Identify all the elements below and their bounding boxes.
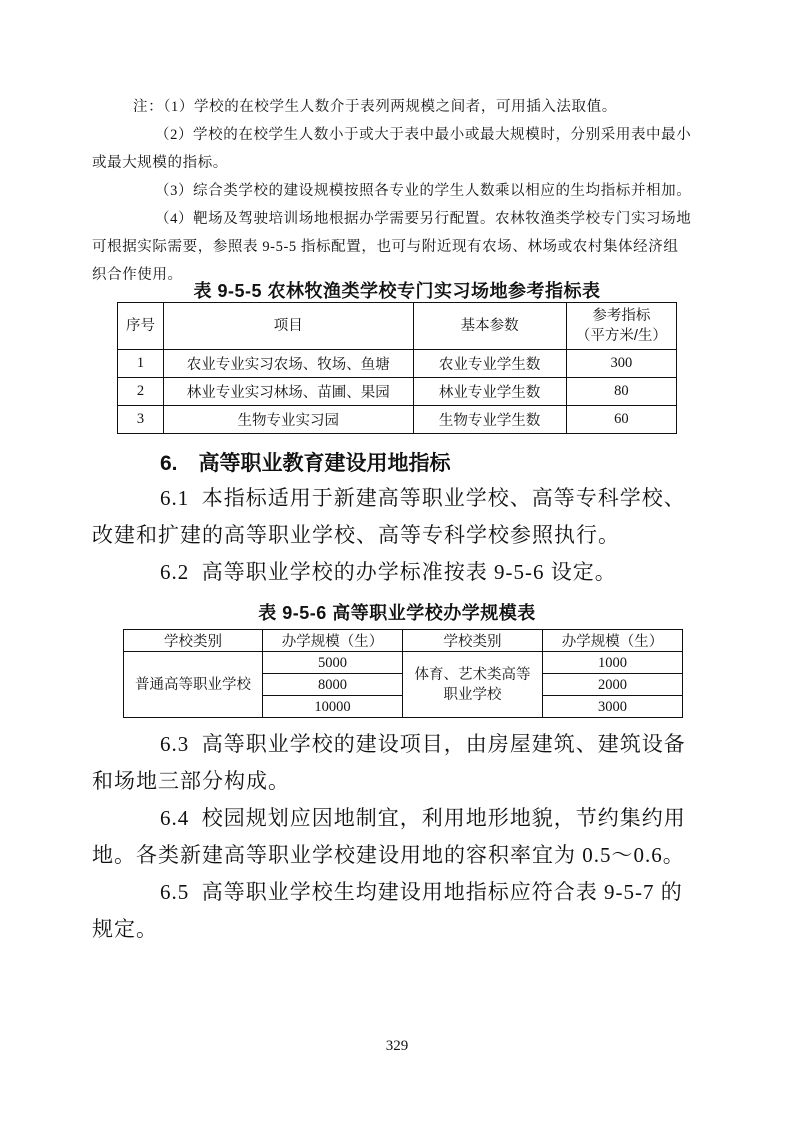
table-955-title: 表 9-5-5 农林牧渔类学校专门实习场地参考指标表: [92, 280, 702, 302]
table-955-header-row: 序号 项目 基本参数 参考指标 （平方米/生）: [118, 303, 677, 350]
header-item: 项目: [164, 303, 413, 350]
cell-value: 80: [566, 378, 676, 406]
note-line: 或最大规模的指标。: [92, 149, 704, 177]
cell-school-type: 体育、艺术类高等 职业学校: [403, 652, 543, 718]
header-basic-param: 基本参数: [413, 303, 566, 350]
table-row: 普通高等职业学校 5000 体育、艺术类高等 职业学校 1000: [124, 652, 683, 674]
header-school-type: 学校类别: [403, 630, 543, 652]
header-scale: 办学规模（生）: [543, 630, 683, 652]
cell-scale-value: 10000: [263, 696, 403, 718]
cell-school-type-line2: 职业学校: [403, 685, 542, 705]
paragraph-line: 规定。: [92, 911, 708, 948]
page-number: 329: [0, 1036, 794, 1056]
header-school-type: 学校类别: [124, 630, 263, 652]
header-ref-indicator-line1: 参考指标: [567, 306, 676, 326]
paragraph-line: 改建和扩建的高等职业学校、高等专科学校参照执行。: [92, 517, 708, 554]
header-scale: 办学规模（生）: [263, 630, 403, 652]
paragraph-line: 6.3 高等职业学校的建设项目，由房屋建筑、建筑设备: [92, 726, 708, 763]
cell-scale-value: 5000: [263, 652, 403, 674]
paragraph-line: 6.1 本指标适用于新建高等职业学校、高等专科学校、: [92, 480, 708, 517]
paragraph-line: 6.2 高等职业学校的办学标准按表 9-5-6 设定。: [92, 554, 708, 591]
cell-scale-value: 3000: [543, 696, 683, 718]
table-956: 学校类别 办学规模（生） 学校类别 办学规模（生） 普通高等职业学校 5000 …: [123, 629, 683, 718]
table-row: 3 生物专业实习园 生物专业学生数 60: [118, 406, 677, 434]
cell-seq: 1: [118, 350, 164, 378]
table-row: 1 农业专业实习农场、牧场、鱼塘 农业专业学生数 300: [118, 350, 677, 378]
cell-param: 林业专业学生数: [413, 378, 566, 406]
header-ref-indicator: 参考指标 （平方米/生）: [566, 303, 676, 350]
cell-scale-value: 8000: [263, 674, 403, 696]
document-page: 注：（1）学校的在校学生人数介于表列两规模之间者，可用插入法取值。 （2）学校的…: [0, 0, 794, 1122]
table-955: 序号 项目 基本参数 参考指标 （平方米/生） 1 农业专业实习农场、牧场、鱼塘…: [117, 302, 677, 434]
cell-seq: 2: [118, 378, 164, 406]
cell-item: 农业专业实习农场、牧场、鱼塘: [164, 350, 413, 378]
paragraph-line: 和场地三部分构成。: [92, 763, 708, 800]
cell-param: 生物专业学生数: [413, 406, 566, 434]
table-row: 2 林业专业实习林场、苗圃、果园 林业专业学生数 80: [118, 378, 677, 406]
notes-block: 注：（1）学校的在校学生人数介于表列两规模之间者，可用插入法取值。 （2）学校的…: [92, 93, 704, 289]
header-ref-indicator-line2: （平方米/生）: [567, 326, 676, 346]
section-6-paragraphs-bottom: 6.3 高等职业学校的建设项目，由房屋建筑、建筑设备 和场地三部分构成。 6.4…: [92, 726, 708, 948]
paragraph-line: 地。各类新建高等职业学校建设用地的容积率宜为 0.5～0.6。: [92, 837, 708, 874]
cell-param: 农业专业学生数: [413, 350, 566, 378]
cell-scale-value: 1000: [543, 652, 683, 674]
paragraph-line: 6.4 校园规划应因地制宜，利用地形地貌，节约集约用: [92, 800, 708, 837]
note-line: （3）综合类学校的建设规模按照各专业的学生人数乘以相应的生均指标并相加。: [92, 177, 704, 205]
table-956-header-row: 学校类别 办学规模（生） 学校类别 办学规模（生）: [124, 630, 683, 652]
section-6-paragraphs-top: 6.1 本指标适用于新建高等职业学校、高等专科学校、 改建和扩建的高等职业学校、…: [92, 480, 708, 591]
note-line: 注：（1）学校的在校学生人数介于表列两规模之间者，可用插入法取值。: [92, 93, 704, 121]
header-seq-no: 序号: [118, 303, 164, 350]
note-line: （2）学校的在校学生人数小于或大于表中最小或最大规模时，分别采用表中最小: [92, 121, 704, 149]
note-line: （4）靶场及驾驶培训场地根据办学需要另行配置。农林牧渔类学校专门实习场地: [92, 205, 704, 233]
cell-item: 林业专业实习林场、苗圃、果园: [164, 378, 413, 406]
section-6-heading: 6. 高等职业教育建设用地指标: [92, 450, 704, 478]
cell-school-type: 普通高等职业学校: [124, 652, 263, 718]
paragraph-line: 6.5 高等职业学校生均建设用地指标应符合表 9-5-7 的: [92, 874, 708, 911]
cell-seq: 3: [118, 406, 164, 434]
table-956-title: 表 9-5-6 高等职业学校办学规模表: [92, 602, 702, 624]
cell-scale-value: 2000: [543, 674, 683, 696]
cell-item: 生物专业实习园: [164, 406, 413, 434]
cell-value: 60: [566, 406, 676, 434]
cell-value: 300: [566, 350, 676, 378]
note-line: 可根据实际需要，参照表 9-5-5 指标配置，也可与附近现有农场、林场或农村集体…: [92, 233, 704, 261]
cell-school-type-line1: 体育、艺术类高等: [403, 665, 542, 685]
